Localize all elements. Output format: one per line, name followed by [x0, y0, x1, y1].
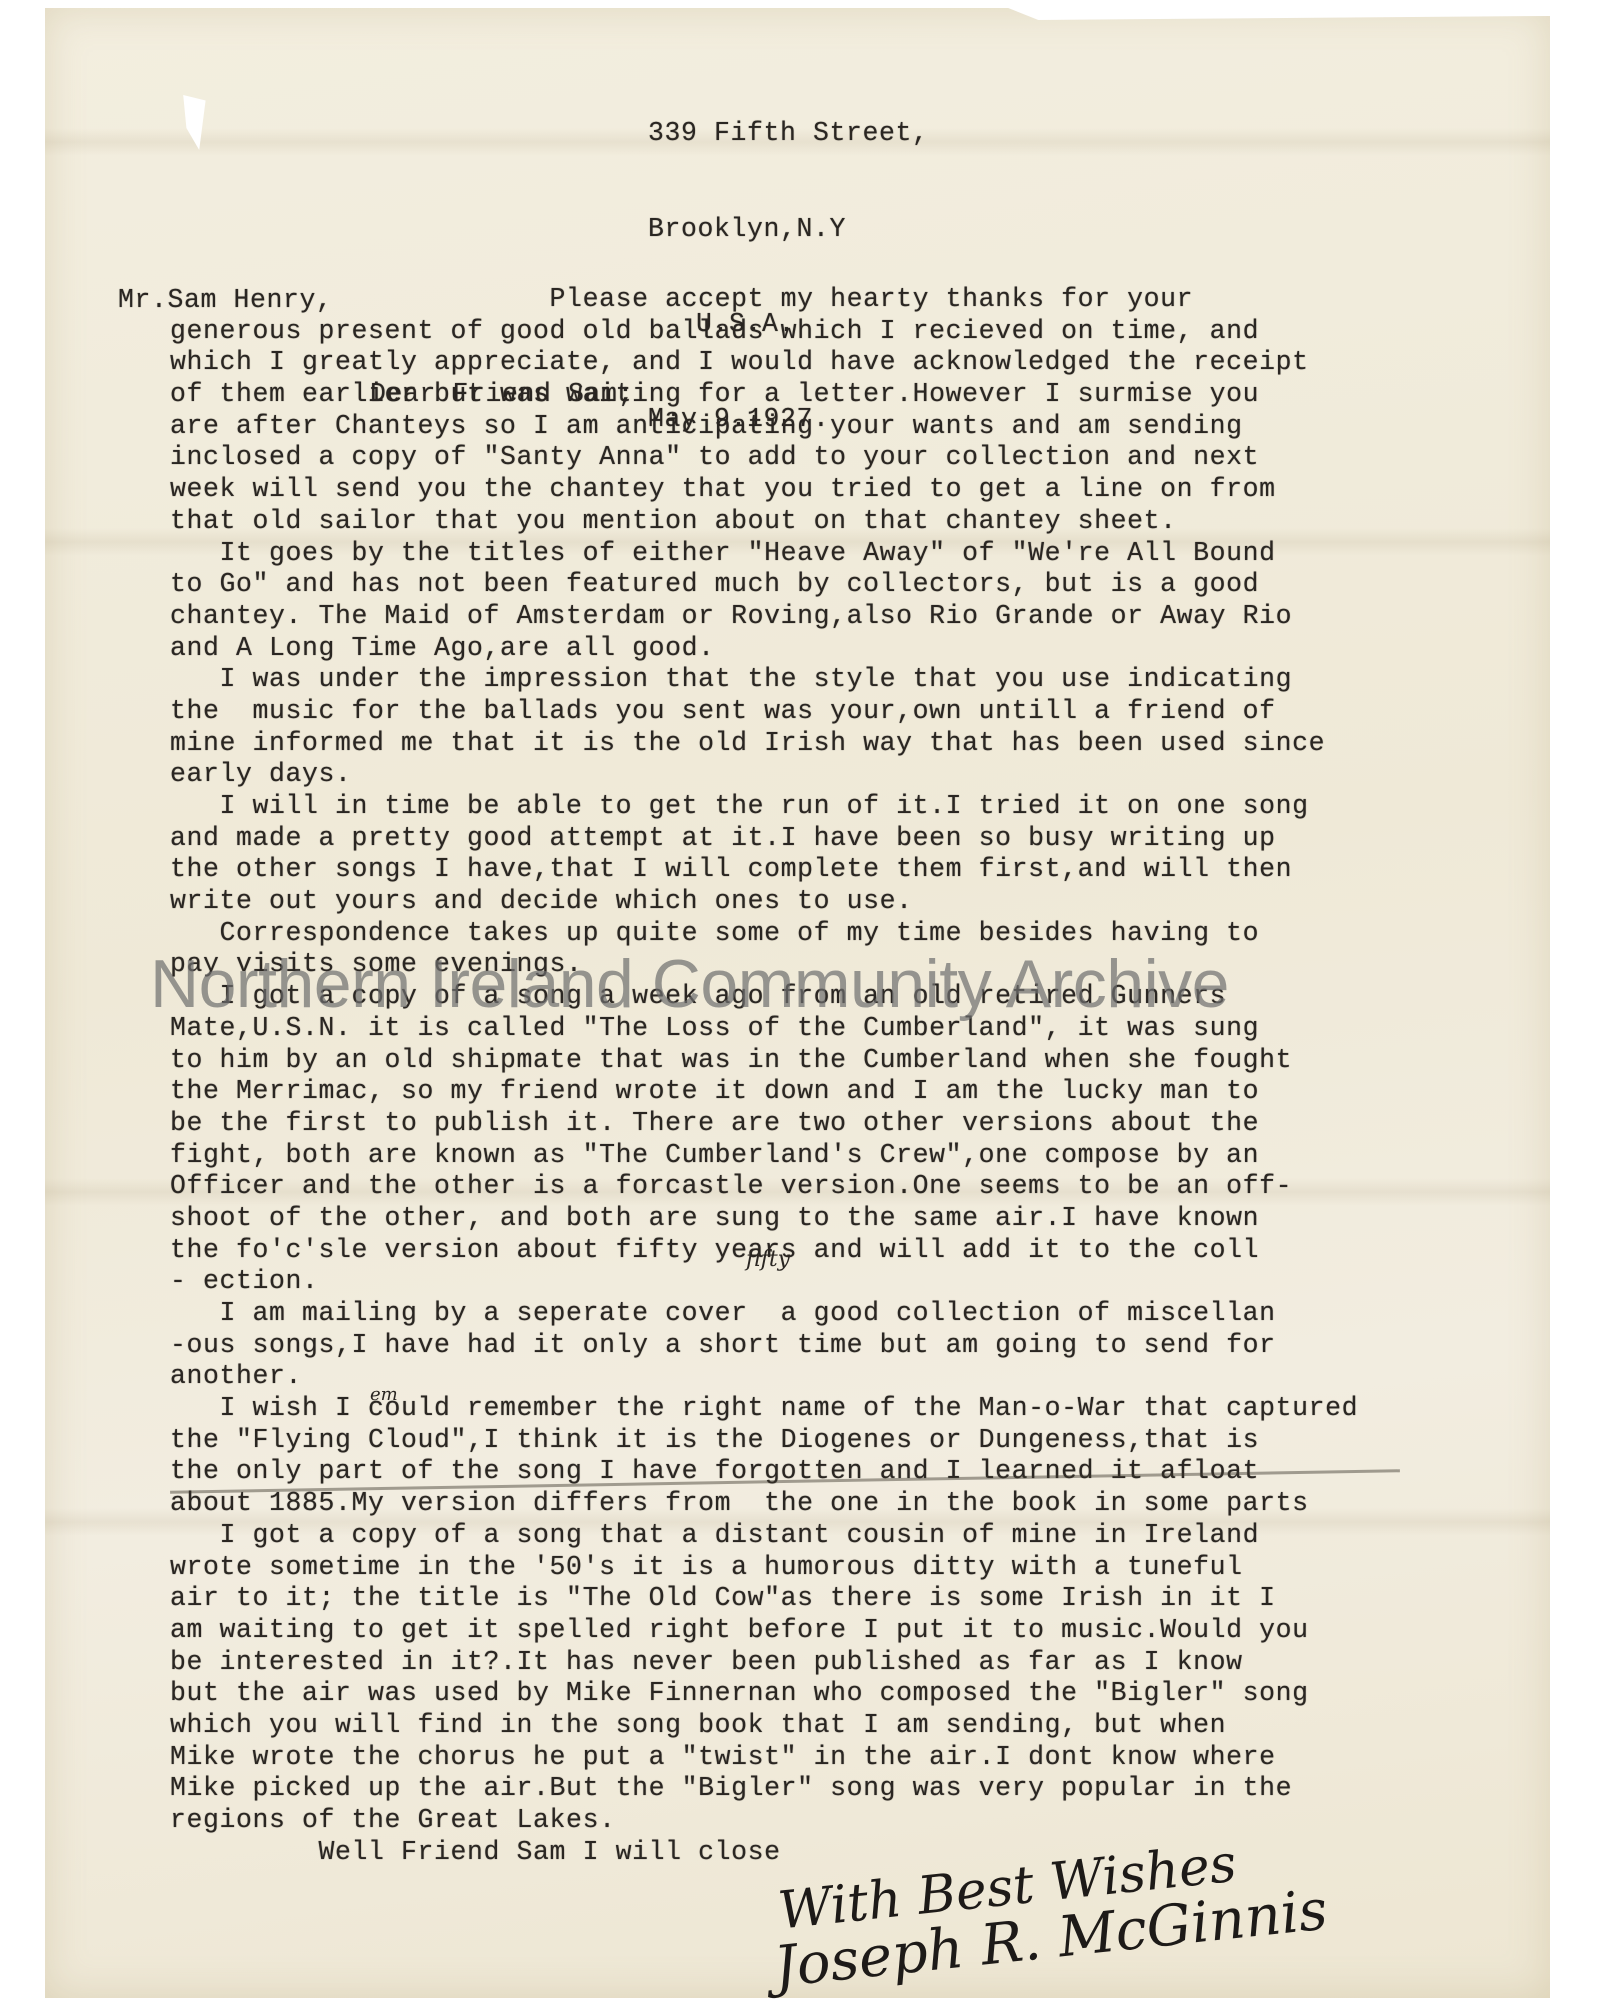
- letter-line: the Merrimac, so my friend wrote it down…: [170, 1076, 1358, 1108]
- letter-line: mine informed me that it is the old Iris…: [170, 728, 1358, 760]
- letter-line: and made a pretty good attempt at it.I h…: [170, 823, 1358, 855]
- letter-line: the "Flying Cloud",I think it is the Dio…: [170, 1425, 1358, 1457]
- archive-watermark: Northern Ireland Community Archive: [150, 945, 1229, 1023]
- letter-line: Mike picked up the air.But the "Bigler" …: [170, 1773, 1358, 1805]
- letter-line: to him by an old shipmate that was in th…: [170, 1045, 1358, 1077]
- letter-body: Please accept my hearty thanks for yourg…: [170, 284, 1358, 1868]
- letter-line: to Go" and has not been featured much by…: [170, 569, 1358, 601]
- letter-line: inclosed a copy of "Santy Anna" to add t…: [170, 442, 1358, 474]
- letter-line: generous present of good old ballads whi…: [170, 316, 1358, 348]
- handwritten-correction: fifty: [746, 1247, 790, 1272]
- letter-line: week will send you the chantey that you …: [170, 474, 1358, 506]
- letter-line: which I greatly appreciate, and I would …: [170, 347, 1358, 379]
- letter-line: about 1885.My version differs from the o…: [170, 1488, 1358, 1520]
- address-line: 339 Fifth Street,: [648, 118, 929, 150]
- letter-line: but the air was used by Mike Finnernan w…: [170, 1678, 1358, 1710]
- letter-line: Mike wrote the chorus he put a "twist" i…: [170, 1742, 1358, 1774]
- letter-line: early days.: [170, 759, 1358, 791]
- letter-line: I was under the impression that the styl…: [170, 664, 1358, 696]
- letter-line: and A Long Time Ago,are all good.: [170, 633, 1358, 665]
- letter-line: the music for the ballads you sent was y…: [170, 696, 1358, 728]
- address-line: Brooklyn,N.Y: [648, 214, 929, 246]
- letter-line: -ous songs,I have had it only a short ti…: [170, 1330, 1358, 1362]
- letter-line: I wish I could remember the right name o…: [170, 1393, 1358, 1425]
- letter-line: which you will find in the song book tha…: [170, 1710, 1358, 1742]
- letter-line: am waiting to get it spelled right befor…: [170, 1615, 1358, 1647]
- letter-line: the other songs I have,that I will compl…: [170, 854, 1358, 886]
- letter-line: another.: [170, 1361, 1358, 1393]
- letter-line: regions of the Great Lakes.: [170, 1805, 1358, 1837]
- letter-line: wrote sometime in the '50's it is a humo…: [170, 1552, 1358, 1584]
- letter-line: be interested in it?.It has never been p…: [170, 1647, 1358, 1679]
- letter-line: that old sailor that you mention about o…: [170, 506, 1358, 538]
- letter-line: shoot of the other, and both are sung to…: [170, 1203, 1358, 1235]
- letter-line: air to it; the title is "The Old Cow"as …: [170, 1583, 1358, 1615]
- letter-line: fight, both are known as "The Cumberland…: [170, 1140, 1358, 1172]
- letter-line: are after Chanteys so I am anticipating …: [170, 411, 1358, 443]
- letter-line: Please accept my hearty thanks for your: [170, 284, 1358, 316]
- letter-line: I will in time be able to get the run of…: [170, 791, 1358, 823]
- letter-line: Officer and the other is a forcastle ver…: [170, 1171, 1358, 1203]
- letter-line: I got a copy of a song that a distant co…: [170, 1520, 1358, 1552]
- letter-line: write out yours and decide which ones to…: [170, 886, 1358, 918]
- letter-line: chantey. The Maid of Amsterdam or Roving…: [170, 601, 1358, 633]
- letter-line: It goes by the titles of either "Heave A…: [170, 538, 1358, 570]
- letter-line: be the first to publish it. There are tw…: [170, 1108, 1358, 1140]
- letter-line: I am mailing by a seperate cover a good …: [170, 1298, 1358, 1330]
- handwritten-insert: em: [370, 1384, 398, 1405]
- letter-line: of them earlier but was waiting for a le…: [170, 379, 1358, 411]
